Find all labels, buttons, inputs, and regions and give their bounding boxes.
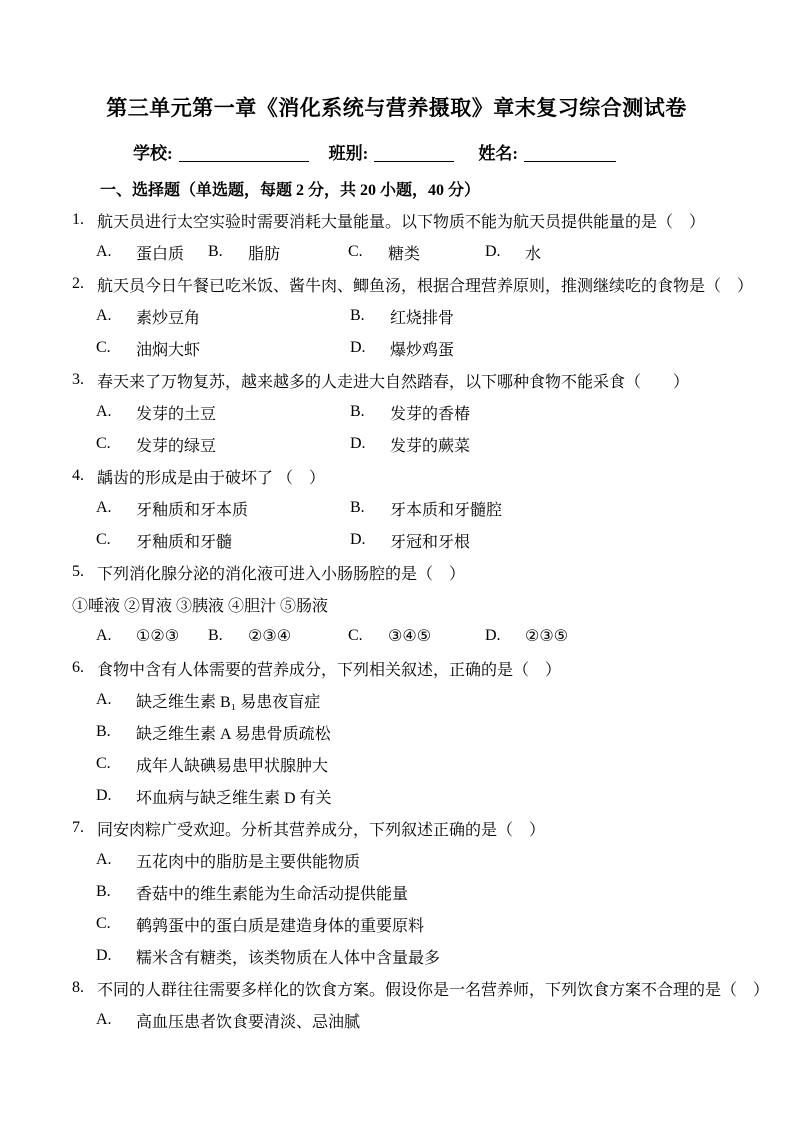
option-d: D.坏血病与缺乏维生素 D 有关 <box>96 785 793 808</box>
option-label: D. <box>485 627 525 645</box>
option-d: D.②③⑤ <box>485 626 793 646</box>
option-row-grid: A.高血压患者饮食要清淡、忌油腻 <box>72 1009 793 1032</box>
option-row-grid: A.五花肉中的脂肪是主要供能物质 <box>72 849 793 872</box>
option-label: D. <box>96 947 136 965</box>
choice-items: ①唾液 ②胃液 ③胰液 ④胆汁 ⑤肠液 <box>72 593 328 616</box>
option-row-grid: C.鹌鹑蛋中的蛋白质是建造身体的重要原料 <box>72 913 793 936</box>
option-d: D.牙冠和牙根 <box>350 529 793 552</box>
option-text: 发芽的香椿 <box>390 401 470 424</box>
option-label: C. <box>348 627 388 645</box>
option-line: A.蛋白质B.脂肪C.糖类D.水 <box>72 236 793 268</box>
question-stem-line: 5.下列消化腺分泌的消化液可进入小肠肠腔的是（ ） <box>72 556 793 588</box>
option-row-grid: C.牙釉质和牙髓D.牙冠和牙根 <box>72 529 793 552</box>
option-a: A.①②③ <box>96 626 208 646</box>
option-a: A.高血压患者饮食要清淡、忌油腻 <box>96 1009 793 1032</box>
option-label: C. <box>96 435 136 453</box>
option-row-grid: D.坏血病与缺乏维生素 D 有关 <box>72 785 793 808</box>
option-a: A.缺乏维生素 B₁ 易患夜盲症 <box>96 689 793 712</box>
option-label: A. <box>96 403 136 421</box>
option-a: A.五花肉中的脂肪是主要供能物质 <box>96 849 793 872</box>
question-number: 5. <box>72 563 97 581</box>
option-text: 糖类 <box>388 241 420 264</box>
option-b: B.脂肪 <box>208 241 348 264</box>
option-label: B. <box>208 627 248 645</box>
option-label: A. <box>96 307 136 325</box>
option-label: A. <box>96 1011 136 1029</box>
option-line: C.发芽的绿豆D.发芽的蕨菜 <box>72 428 793 460</box>
page-title: 第三单元第一章《消化系统与营养摄取》章末复习综合测试卷 <box>0 0 793 122</box>
option-line: A.高血压患者饮食要清淡、忌油腻 <box>72 1004 793 1036</box>
option-b: B.发芽的香椿 <box>350 401 793 424</box>
option-line: A.素炒豆角B.红烧排骨 <box>72 300 793 332</box>
option-text: 牙本质和牙髓腔 <box>390 497 502 520</box>
option-line: C.油焖大虾D.爆炒鸡蛋 <box>72 332 793 364</box>
option-c: C.鹌鹑蛋中的蛋白质是建造身体的重要原料 <box>96 913 793 936</box>
option-d: D.糯米含有糖类，该类物质在人体中含量最多 <box>96 945 793 968</box>
option-text: 鹌鹑蛋中的蛋白质是建造身体的重要原料 <box>136 913 424 936</box>
option-label: D. <box>350 339 390 357</box>
option-text: 成年人缺碘易患甲状腺肿大 <box>136 753 328 776</box>
question-stem: 下列消化腺分泌的消化液可进入小肠肠腔的是（ ） <box>97 561 465 584</box>
option-text: 脂肪 <box>248 241 280 264</box>
option-a: A.素炒豆角 <box>96 305 350 328</box>
option-label: C. <box>96 915 136 933</box>
option-text: 发芽的蕨菜 <box>390 433 470 456</box>
option-text: 牙釉质和牙本质 <box>136 497 248 520</box>
option-label: C. <box>96 531 136 549</box>
option-row-grid: A.素炒豆角B.红烧排骨 <box>72 305 793 328</box>
option-row-grid: A.发芽的土豆B.发芽的香椿 <box>72 401 793 424</box>
option-b: B.缺乏维生素 A 易患骨质疏松 <box>96 721 793 744</box>
option-row-grid: C.发芽的绿豆D.发芽的蕨菜 <box>72 433 793 456</box>
option-line: A.五花肉中的脂肪是主要供能物质 <box>72 844 793 876</box>
option-b: B.香菇中的维生素能为生命活动提供能量 <box>96 881 793 904</box>
question-stem: 航天员今日午餐已吃米饭、酱牛肉、鲫鱼汤，根据合理营养原则，推测继续吃的食物是（ … <box>97 273 753 296</box>
option-label: D. <box>350 531 390 549</box>
option-label: A. <box>96 691 136 709</box>
option-text: ①②③ <box>136 626 179 646</box>
test-paper-page: 第三单元第一章《消化系统与营养摄取》章末复习综合测试卷 学校: 班别: 姓名: … <box>0 0 793 1122</box>
option-text: 缺乏维生素 A 易患骨质疏松 <box>136 721 331 744</box>
option-c: C.牙釉质和牙髓 <box>96 529 350 552</box>
option-text: 发芽的土豆 <box>136 401 216 424</box>
question-stem-line: 7.同安肉粽广受欢迎。分析其营养成分，下列叙述正确的是（ ） <box>72 812 793 844</box>
option-label: D. <box>485 243 525 261</box>
option-text: 香菇中的维生素能为生命活动提供能量 <box>136 881 408 904</box>
option-label: B. <box>96 883 136 901</box>
option-line: C.成年人缺碘易患甲状腺肿大 <box>72 748 793 780</box>
option-text: 水 <box>525 241 541 264</box>
option-text: 缺乏维生素 B₁ 易患夜盲症 <box>136 689 320 712</box>
option-line: B.缺乏维生素 A 易患骨质疏松 <box>72 716 793 748</box>
option-text: ③④⑤ <box>388 626 431 646</box>
question-stem-line: 8.不同的人群往往需要多样化的饮食方案。假设你是一名营养师，下列饮食方案不合理的… <box>72 972 793 1004</box>
class-label: 班别: <box>329 139 369 164</box>
question-number: 6. <box>72 659 97 677</box>
option-label: C. <box>96 339 136 357</box>
option-row-grid: A.缺乏维生素 B₁ 易患夜盲症 <box>72 689 793 712</box>
question-stem: 食物中含有人体需要的营养成分，下列相关叙述，正确的是（ ） <box>97 657 561 680</box>
option-line: A.①②③B.②③④C.③④⑤D.②③⑤ <box>72 620 793 652</box>
question-stem: 不同的人群往往需要多样化的饮食方案。假设你是一名营养师，下列饮食方案不合理的是（… <box>97 977 769 1000</box>
option-text: 牙釉质和牙髓 <box>136 529 232 552</box>
question-stem-line: 6.食物中含有人体需要的营养成分，下列相关叙述，正确的是（ ） <box>72 652 793 684</box>
option-row-grid: B.香菇中的维生素能为生命活动提供能量 <box>72 881 793 904</box>
school-label: 学校: <box>133 139 173 164</box>
option-line: A.缺乏维生素 B₁ 易患夜盲症 <box>72 684 793 716</box>
option-text: 五花肉中的脂肪是主要供能物质 <box>136 849 360 872</box>
option-c: C.③④⑤ <box>348 626 485 646</box>
question-number: 4. <box>72 467 97 485</box>
option-line: B.香菇中的维生素能为生命活动提供能量 <box>72 876 793 908</box>
option-a: A.发芽的土豆 <box>96 401 350 424</box>
question-stem: 航天员进行太空实验时需要消耗大量能量。以下物质不能为航天员提供能量的是（ ） <box>97 209 705 232</box>
option-label: B. <box>350 403 390 421</box>
questions-list: 1.航天员进行太空实验时需要消耗大量能量。以下物质不能为航天员提供能量的是（ ）… <box>72 204 793 1036</box>
question-number: 3. <box>72 371 97 389</box>
option-label: A. <box>96 851 136 869</box>
question-stem: 同安肉粽广受欢迎。分析其营养成分，下列叙述正确的是（ ） <box>97 817 545 840</box>
option-b: B.②③④ <box>208 626 348 646</box>
class-blank-line <box>374 144 454 162</box>
option-row-grid: A.牙釉质和牙本质B.牙本质和牙髓腔 <box>72 497 793 520</box>
option-line: C.鹌鹑蛋中的蛋白质是建造身体的重要原料 <box>72 908 793 940</box>
option-label: A. <box>96 499 136 517</box>
option-d: D.发芽的蕨菜 <box>350 433 793 456</box>
option-label: B. <box>208 243 248 261</box>
option-d: D.爆炒鸡蛋 <box>350 337 793 360</box>
option-label: D. <box>350 435 390 453</box>
option-label: C. <box>96 755 136 773</box>
name-blank-line <box>524 144 616 162</box>
option-row-grid: A.蛋白质B.脂肪C.糖类D.水 <box>72 241 793 264</box>
option-text: 高血压患者饮食要清淡、忌油腻 <box>136 1009 360 1032</box>
option-b: B.红烧排骨 <box>350 305 793 328</box>
question-number: 7. <box>72 819 97 837</box>
option-label: B. <box>350 499 390 517</box>
option-line: A.发芽的土豆B.发芽的香椿 <box>72 396 793 428</box>
option-label: C. <box>348 243 388 261</box>
question-stem-line: 4.龋齿的形成是由于破坏了 （ ） <box>72 460 793 492</box>
option-b: B.牙本质和牙髓腔 <box>350 497 793 520</box>
option-label: D. <box>96 787 136 805</box>
option-text: 牙冠和牙根 <box>390 529 470 552</box>
question-stem-line: 3.春天来了万物复苏，越来越多的人走进大自然踏春，以下哪种食物不能采食（ ） <box>72 364 793 396</box>
question-stem: 春天来了万物复苏，越来越多的人走进大自然踏春，以下哪种食物不能采食（ ） <box>97 369 689 392</box>
option-line: A.牙釉质和牙本质B.牙本质和牙髓腔 <box>72 492 793 524</box>
option-text: 坏血病与缺乏维生素 D 有关 <box>136 785 332 808</box>
choice-items-line: ①唾液 ②胃液 ③胰液 ④胆汁 ⑤肠液 <box>72 588 793 620</box>
option-text: 爆炒鸡蛋 <box>390 337 454 360</box>
option-row-grid: C.成年人缺碘易患甲状腺肿大 <box>72 753 793 776</box>
name-label: 姓名: <box>478 139 518 164</box>
question-stem-line: 1.航天员进行太空实验时需要消耗大量能量。以下物质不能为航天员提供能量的是（ ） <box>72 204 793 236</box>
header-fields-row: 学校: 班别: 姓名: <box>133 137 793 164</box>
option-text: 蛋白质 <box>136 241 184 264</box>
section-heading: 一、选择题（单选题，每题 2 分，共 20 小题，40 分） <box>100 177 793 200</box>
option-text: 红烧排骨 <box>390 305 454 328</box>
option-text: 糯米含有糖类，该类物质在人体中含量最多 <box>136 945 440 968</box>
option-c: C.糖类 <box>348 241 485 264</box>
option-a: A.牙釉质和牙本质 <box>96 497 350 520</box>
option-label: A. <box>96 627 136 645</box>
option-text: 素炒豆角 <box>136 305 200 328</box>
question-stem: 龋齿的形成是由于破坏了 （ ） <box>97 465 325 488</box>
option-c: C.成年人缺碘易患甲状腺肿大 <box>96 753 793 776</box>
option-line: D.糯米含有糖类，该类物质在人体中含量最多 <box>72 940 793 972</box>
option-label: B. <box>96 723 136 741</box>
option-text: ②③④ <box>248 626 291 646</box>
question-number: 1. <box>72 211 97 229</box>
option-c: C.油焖大虾 <box>96 337 350 360</box>
school-blank-line <box>179 144 309 162</box>
question-stem-line: 2.航天员今日午餐已吃米饭、酱牛肉、鲫鱼汤，根据合理营养原则，推测继续吃的食物是… <box>72 268 793 300</box>
option-row-grid: C.油焖大虾D.爆炒鸡蛋 <box>72 337 793 360</box>
option-c: C.发芽的绿豆 <box>96 433 350 456</box>
option-label: B. <box>350 307 390 325</box>
question-number: 2. <box>72 275 97 293</box>
option-d: D.水 <box>485 241 793 264</box>
option-text: 发芽的绿豆 <box>136 433 216 456</box>
option-text: 油焖大虾 <box>136 337 200 360</box>
option-a: A.蛋白质 <box>96 241 208 264</box>
option-label: A. <box>96 243 136 261</box>
option-row-grid: A.①②③B.②③④C.③④⑤D.②③⑤ <box>72 626 793 646</box>
option-row-grid: B.缺乏维生素 A 易患骨质疏松 <box>72 721 793 744</box>
question-number: 8. <box>72 979 97 997</box>
option-text: ②③⑤ <box>525 626 568 646</box>
option-row-grid: D.糯米含有糖类，该类物质在人体中含量最多 <box>72 945 793 968</box>
option-line: C.牙釉质和牙髓D.牙冠和牙根 <box>72 524 793 556</box>
option-line: D.坏血病与缺乏维生素 D 有关 <box>72 780 793 812</box>
